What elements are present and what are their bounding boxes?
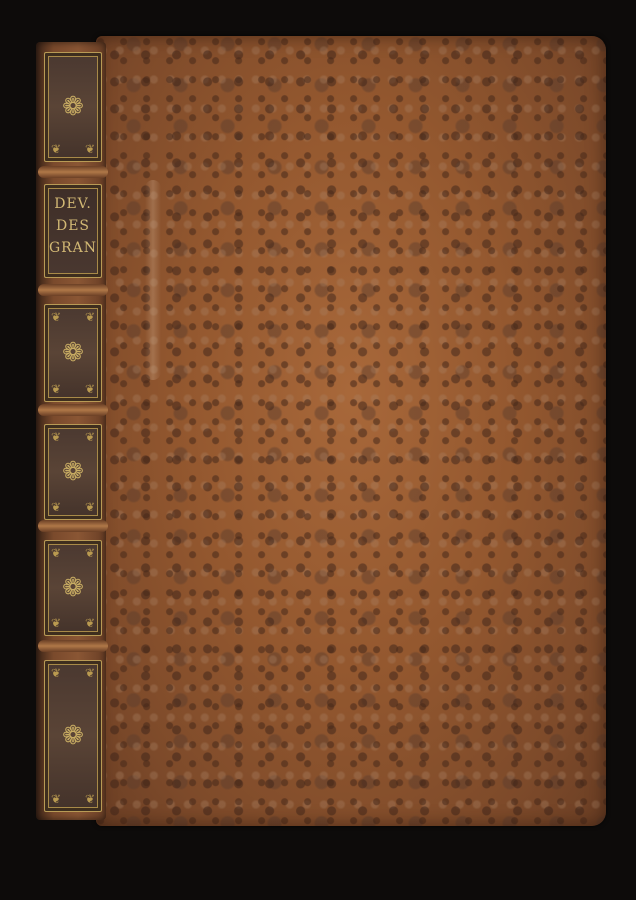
spine-compartment-4: ❦ ❦ ❁ ❦ ❦	[44, 424, 102, 520]
floral-ornament-icon: ❁	[45, 575, 101, 601]
raised-band	[38, 640, 108, 652]
corner-flourish-icon: ❦	[51, 431, 61, 443]
corner-flourish-icon: ❦	[85, 547, 95, 559]
raised-band	[38, 166, 108, 178]
book-front-cover	[96, 36, 606, 826]
floral-ornament-icon: ❁	[45, 94, 101, 120]
raised-band	[38, 520, 108, 532]
floral-ornament-icon: ❁	[45, 723, 101, 749]
title-label-text: DEV. DES GRAN	[45, 193, 101, 259]
corner-flourish-icon: ❦	[85, 143, 95, 155]
spine-title-label: DEV. DES GRAN	[44, 184, 102, 278]
raised-band	[38, 404, 108, 416]
floral-ornament-icon: ❁	[45, 340, 101, 366]
corner-flourish-icon: ❦	[51, 617, 61, 629]
corner-flourish-icon: ❦	[51, 383, 61, 395]
title-line-2: DES	[56, 215, 90, 237]
corner-flourish-icon: ❦	[85, 431, 95, 443]
book-photo: ❁ ❦ ❦ DEV. DES GRAN ❦ ❦ ❁ ❦ ❦ ❦ ❦ ❁ ❦ ❦ …	[0, 0, 636, 900]
corner-flourish-icon: ❦	[85, 667, 95, 679]
corner-flourish-icon: ❦	[51, 311, 61, 323]
title-line-1: DEV.	[54, 193, 92, 215]
corner-flourish-icon: ❦	[51, 501, 61, 513]
corner-flourish-icon: ❦	[51, 143, 61, 155]
corner-flourish-icon: ❦	[85, 501, 95, 513]
spine-compartment-5: ❦ ❦ ❁ ❦ ❦	[44, 540, 102, 636]
corner-flourish-icon: ❦	[51, 547, 61, 559]
cover-highlight	[145, 180, 161, 380]
title-line-3: GRAN	[49, 237, 97, 259]
floral-ornament-icon: ❁	[45, 459, 101, 485]
corner-flourish-icon: ❦	[85, 617, 95, 629]
corner-flourish-icon: ❦	[85, 311, 95, 323]
corner-flourish-icon: ❦	[85, 383, 95, 395]
corner-flourish-icon: ❦	[85, 793, 95, 805]
spine-compartment-6: ❦ ❦ ❁ ❦ ❦	[44, 660, 102, 812]
spine-compartment-3: ❦ ❦ ❁ ❦ ❦	[44, 304, 102, 402]
corner-flourish-icon: ❦	[51, 793, 61, 805]
corner-flourish-icon: ❦	[51, 667, 61, 679]
spine-compartment-1: ❁ ❦ ❦	[44, 52, 102, 162]
raised-band	[38, 284, 108, 296]
